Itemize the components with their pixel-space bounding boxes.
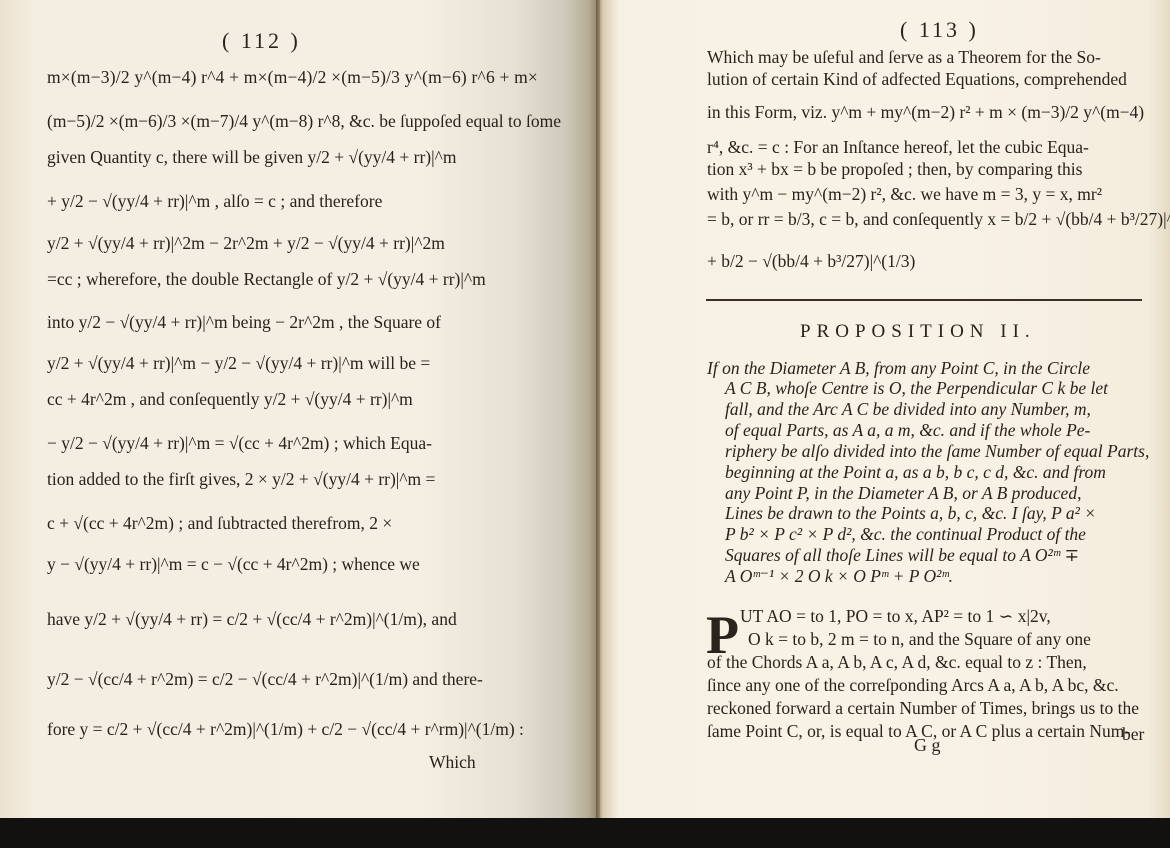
text-line: =cc ; wherefore, the double Rectangle of… [47, 268, 486, 290]
text-line: − y/2 − √(yy/4 + rr)|^m = √(cc + 4r^2m) … [47, 432, 432, 454]
catchword-left: Which [429, 752, 476, 773]
body-line: of the Chords A a, A b, A c, A d, &c. eq… [707, 651, 1087, 673]
body-line: O k = to b, 2 m = to n, and the Square o… [748, 628, 1091, 650]
text-line: c + √(cc + 4r^2m) ; and ſubtracted there… [47, 512, 392, 534]
text-line: m×(m−3)/2 y^(m−4) r^4 + m×(m−4)/2 ×(m−5)… [47, 66, 538, 88]
section-divider [706, 299, 1142, 301]
proposition-line: any Point P, in the Diameter A B, or A B… [725, 482, 1081, 504]
proposition-line: fall, and the Arc A C be divided into an… [725, 398, 1091, 420]
text-line: (m−5)/2 ×(m−6)/3 ×(m−7)/4 y^(m−8) r^8, &… [47, 110, 561, 132]
proposition-line: P b² × P c² × P d², &c. the continual Pr… [725, 523, 1086, 545]
book-spine [596, 0, 600, 830]
text-line: with y^m − my^(m−2) r², &c. we have m = … [707, 183, 1102, 205]
proposition-line: A C B, whoſe Centre is O, the Perpendicu… [725, 377, 1108, 399]
proposition-line: A Oᵐ⁻¹ × 2 O k × O Pᵐ + P O²ᵐ. [725, 565, 953, 587]
text-line: + b/2 − √(bb/4 + b³/27)|^(1/3) [707, 250, 915, 272]
body-line: reckoned forward a certain Number of Tim… [707, 697, 1139, 719]
text-line: lution of certain Kind of adfected Equat… [707, 68, 1127, 90]
text-line: fore y = c/2 + √(cc/4 + r^2m)|^(1/m) + c… [47, 718, 524, 740]
body-line: ſince any one of the correſponding Arcs … [707, 674, 1119, 696]
text-line: y/2 + √(yy/4 + rr)|^m − y/2 − √(yy/4 + r… [47, 352, 430, 374]
proposition-line: If on the Diameter A B, from any Point C… [707, 357, 1090, 379]
text-line: + y/2 − √(yy/4 + rr)|^m , alſo = c ; and… [47, 190, 382, 212]
proposition-line: of equal Parts, as A a, a m, &c. and if … [725, 419, 1090, 441]
body-line: UT AO = to 1, PO = to x, AP² = to 1 ∽ x|… [740, 605, 1051, 627]
text-line: given Quantity c, there will be given y/… [47, 146, 456, 168]
text-line: y/2 − √(cc/4 + r^2m) = c/2 − √(cc/4 + r^… [47, 668, 483, 690]
text-line: tion x³ + bx = b be propoſed ; then, by … [707, 158, 1082, 180]
text-line: have y/2 + √(yy/4 + rr) = c/2 + √(cc/4 +… [47, 608, 457, 630]
background-edge [0, 818, 1170, 848]
text-line: tion added to the firſt gives, 2 × y/2 +… [47, 468, 435, 490]
text-line: in this Form, viz. y^m + my^(m−2) r² + m… [707, 101, 1144, 123]
proposition-line: riphery be alſo divided into the ſame Nu… [725, 440, 1149, 462]
page-number-right: ( 113 ) [900, 17, 979, 43]
page-number-left: ( 112 ) [222, 28, 301, 54]
text-line: Which may be uſeful and ſerve as a Theor… [707, 46, 1101, 68]
text-line: cc + 4r^2m , and conſequently y/2 + √(yy… [47, 388, 413, 410]
proposition-line: beginning at the Point a, as a b, b c, c… [725, 461, 1106, 483]
proposition-line: Lines be drawn to the Points a, b, c, &c… [725, 502, 1096, 524]
text-line: y/2 + √(yy/4 + rr)|^2m − 2r^2m + y/2 − √… [47, 232, 445, 254]
proposition-line: Squares of all thoſe Lines will be equal… [725, 544, 1079, 566]
text-line: = b, or rr = b/3, c = b, and conſequentl… [707, 208, 1170, 230]
catchword-right: ber [1122, 724, 1144, 745]
text-line: r⁴, &c. = c : For an Inſtance hereof, le… [707, 136, 1089, 158]
text-line: y − √(yy/4 + rr)|^m = c − √(cc + 4r^2m) … [47, 553, 420, 575]
signature-mark: G g [914, 735, 941, 756]
text-line: into y/2 − √(yy/4 + rr)|^m being − 2r^2m… [47, 311, 441, 333]
section-heading: PROPOSITION II. [800, 321, 1036, 343]
